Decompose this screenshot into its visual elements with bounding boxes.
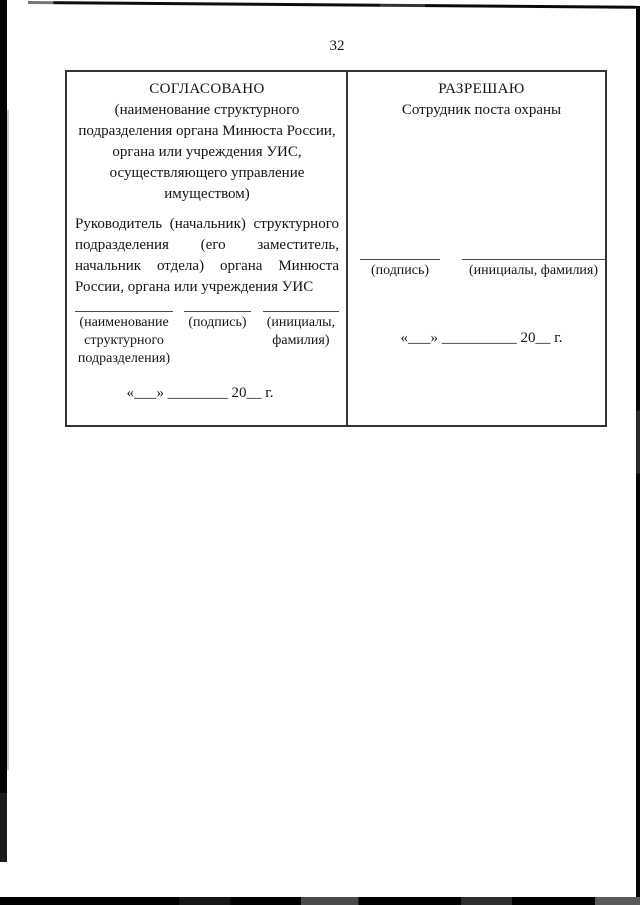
agreed-subtitle: (наименование структурного подразделения… — [75, 100, 339, 205]
signature-caption: (инициалы, фамилия) — [263, 314, 339, 350]
scan-edge-left-shadow — [7, 110, 9, 770]
signature-field: (инициалы, фамилия) — [462, 259, 605, 280]
scanned-document-page: { "page": { "number": "32" }, "colors": … — [0, 0, 640, 905]
scan-edge-top-line — [28, 1, 640, 9]
signature-caption: (подпись) — [360, 262, 440, 280]
agreed-date-blank: «___» ________ 20__ г. — [75, 383, 339, 404]
agreed-column: СОГЛАСОВАНО (наименование структурного п… — [67, 72, 348, 425]
permit-column: РАЗРЕШАЮ Сотрудник поста охраны (подпись… — [348, 72, 615, 425]
agreed-role-paragraph: Руководитель (начальник) структурного по… — [75, 214, 339, 298]
agreed-signature-row: (наименование структурного подразделения… — [75, 311, 339, 368]
approval-table: СОГЛАСОВАНО (наименование структурного п… — [65, 70, 607, 427]
signature-rule-line — [184, 311, 251, 313]
signature-rule-line — [360, 259, 440, 261]
scan-edge-left-bar — [0, 0, 7, 862]
scan-edge-right-bar — [636, 6, 640, 905]
signature-field: (наименование структурного подразделения… — [75, 311, 173, 368]
signature-field: (подпись) — [360, 259, 440, 280]
scan-edge-bottom-bar — [0, 897, 640, 905]
permit-signature-row: (подпись) (инициалы, фамилия) — [358, 259, 605, 280]
permit-title: РАЗРЕШАЮ — [358, 79, 605, 100]
agreed-title: СОГЛАСОВАНО — [75, 79, 339, 100]
signature-caption: (наименование структурного подразделения… — [75, 314, 173, 368]
signature-caption: (подпись) — [184, 314, 251, 332]
signature-field: (подпись) — [184, 311, 251, 368]
signature-caption: (инициалы, фамилия) — [462, 262, 605, 280]
signature-rule-line — [263, 311, 339, 313]
signature-field: (инициалы, фамилия) — [263, 311, 339, 368]
permit-date-blank: «___» __________ 20__ г. — [358, 328, 605, 349]
permit-subtitle: Сотрудник поста охраны — [358, 100, 605, 121]
page-number: 32 — [17, 38, 640, 55]
signature-rule-line — [462, 259, 605, 261]
signature-rule-line — [75, 311, 173, 313]
